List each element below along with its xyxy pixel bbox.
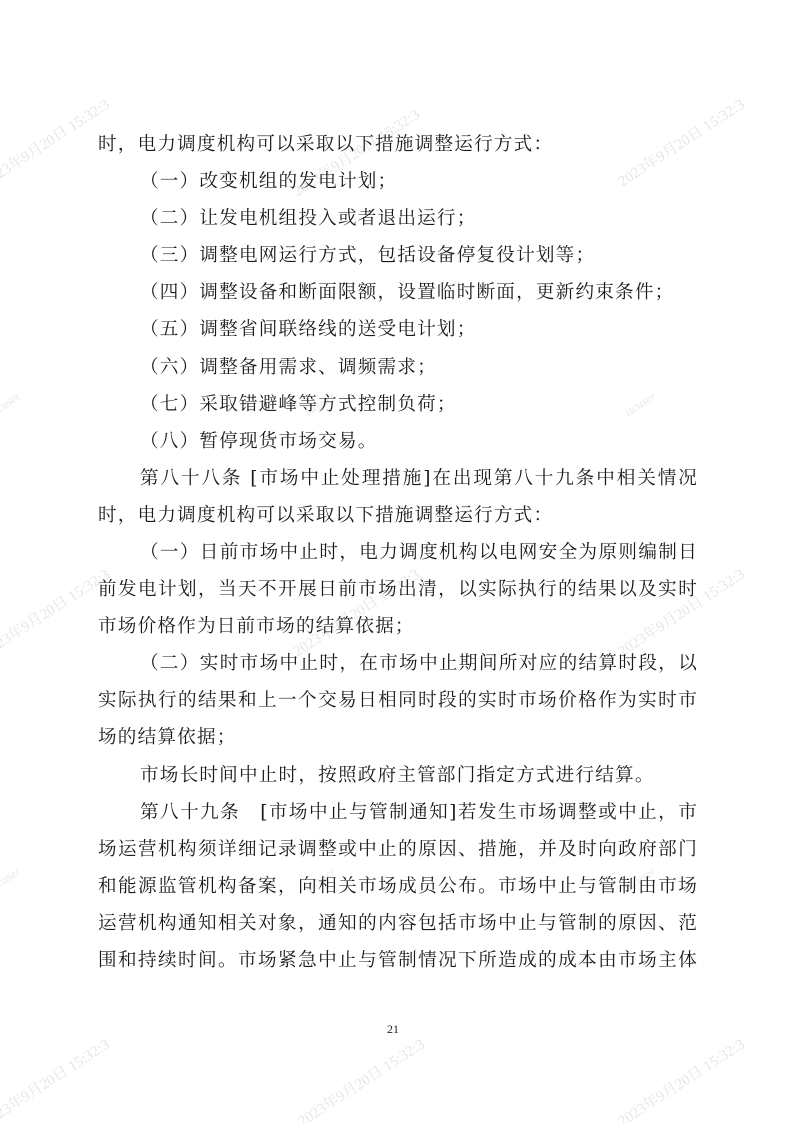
list-item: （四）调整设备和断面限额，设置临时断面，更新约束条件； bbox=[140, 282, 740, 304]
article-88-heading: 第八十八条 [市场中止处理措施]在出现第八十九条中相关情况 bbox=[140, 468, 698, 490]
document-page: 2023年9月20日 15:32:3 2023年9月20日 15:32:3 20… bbox=[0, 0, 794, 1123]
paragraph-line: 前发电计划，当天不开展日前市场出清，以实际执行的结果以及实时 bbox=[98, 579, 698, 601]
watermark-timestamp: 2023年9月20日 15:32:3 bbox=[294, 1033, 429, 1123]
list-item: （二）实时市场中止时，在市场中止期间所对应的结算时段，以 bbox=[140, 653, 698, 675]
list-item: （二）让发电机组投入或者退出运行； bbox=[140, 208, 740, 230]
list-item: （三）调整电网运行方式，包括设备停复役计划等； bbox=[140, 245, 740, 267]
paragraph-line: 场运营机构须详细记录调整或中止的原因、措施，并及时向政府部门 bbox=[98, 839, 698, 861]
paragraph-line: 市场长时间中止时，按照政府主管部门指定方式进行结算。 bbox=[140, 765, 740, 787]
watermark-user: iscuser bbox=[0, 389, 24, 420]
paragraph-line: 时，电力调度机构可以采取以下措施调整运行方式： bbox=[98, 505, 698, 527]
paragraph-line: 实际执行的结果和上一个交易日相同时段的实时市场价格作为实时市 bbox=[98, 690, 698, 712]
paragraph-line: 时，电力调度机构可以采取以下措施调整运行方式： bbox=[98, 134, 698, 156]
paragraph-line: 运营机构通知相关对象，通知的内容包括市场中止与管制的原因、范 bbox=[98, 913, 698, 935]
watermark-timestamp: 2023年9月20日 15:32:3 bbox=[0, 1033, 113, 1123]
watermark-timestamp: 2023年9月20日 15:32:3 bbox=[0, 563, 113, 661]
list-item: （一）改变机组的发电计划； bbox=[140, 171, 740, 193]
list-item: （七）采取错避峰等方式控制负荷； bbox=[140, 394, 740, 416]
paragraph-line: 和能源监管机构备案，向相关市场成员公布。市场中止与管制由市场 bbox=[98, 876, 698, 898]
article-89-heading: 第八十九条 [市场中止与管制通知]若发生市场调整或中止，市 bbox=[140, 802, 698, 824]
watermark-timestamp: 2023年9月20日 15:32:3 bbox=[0, 93, 113, 191]
paragraph-line: 市场价格作为日前市场的结算依据； bbox=[98, 616, 698, 638]
paragraph-line: 场的结算依据； bbox=[98, 727, 698, 749]
paragraph-line: 围和持续时间。市场紧急中止与管制情况下所造成的成本由市场主体 bbox=[98, 950, 698, 972]
page-number: 21 bbox=[387, 1022, 399, 1037]
watermark-user: iscuser bbox=[0, 864, 24, 895]
list-item: （一）日前市场中止时，电力调度机构以电网安全为原则编制日 bbox=[140, 542, 698, 564]
watermark-timestamp: 2023年9月20日 15:32:3 bbox=[614, 563, 749, 661]
watermark-timestamp: 2023年9月20日 15:32:3 bbox=[289, 563, 424, 661]
watermark-timestamp: 2023年9月20日 15:32:3 bbox=[614, 1033, 749, 1123]
list-item: （六）调整备用需求、调频需求； bbox=[140, 357, 740, 379]
list-item: （五）调整省间联络线的送受电计划； bbox=[140, 319, 740, 341]
list-item: （八）暂停现货市场交易。 bbox=[140, 431, 740, 453]
